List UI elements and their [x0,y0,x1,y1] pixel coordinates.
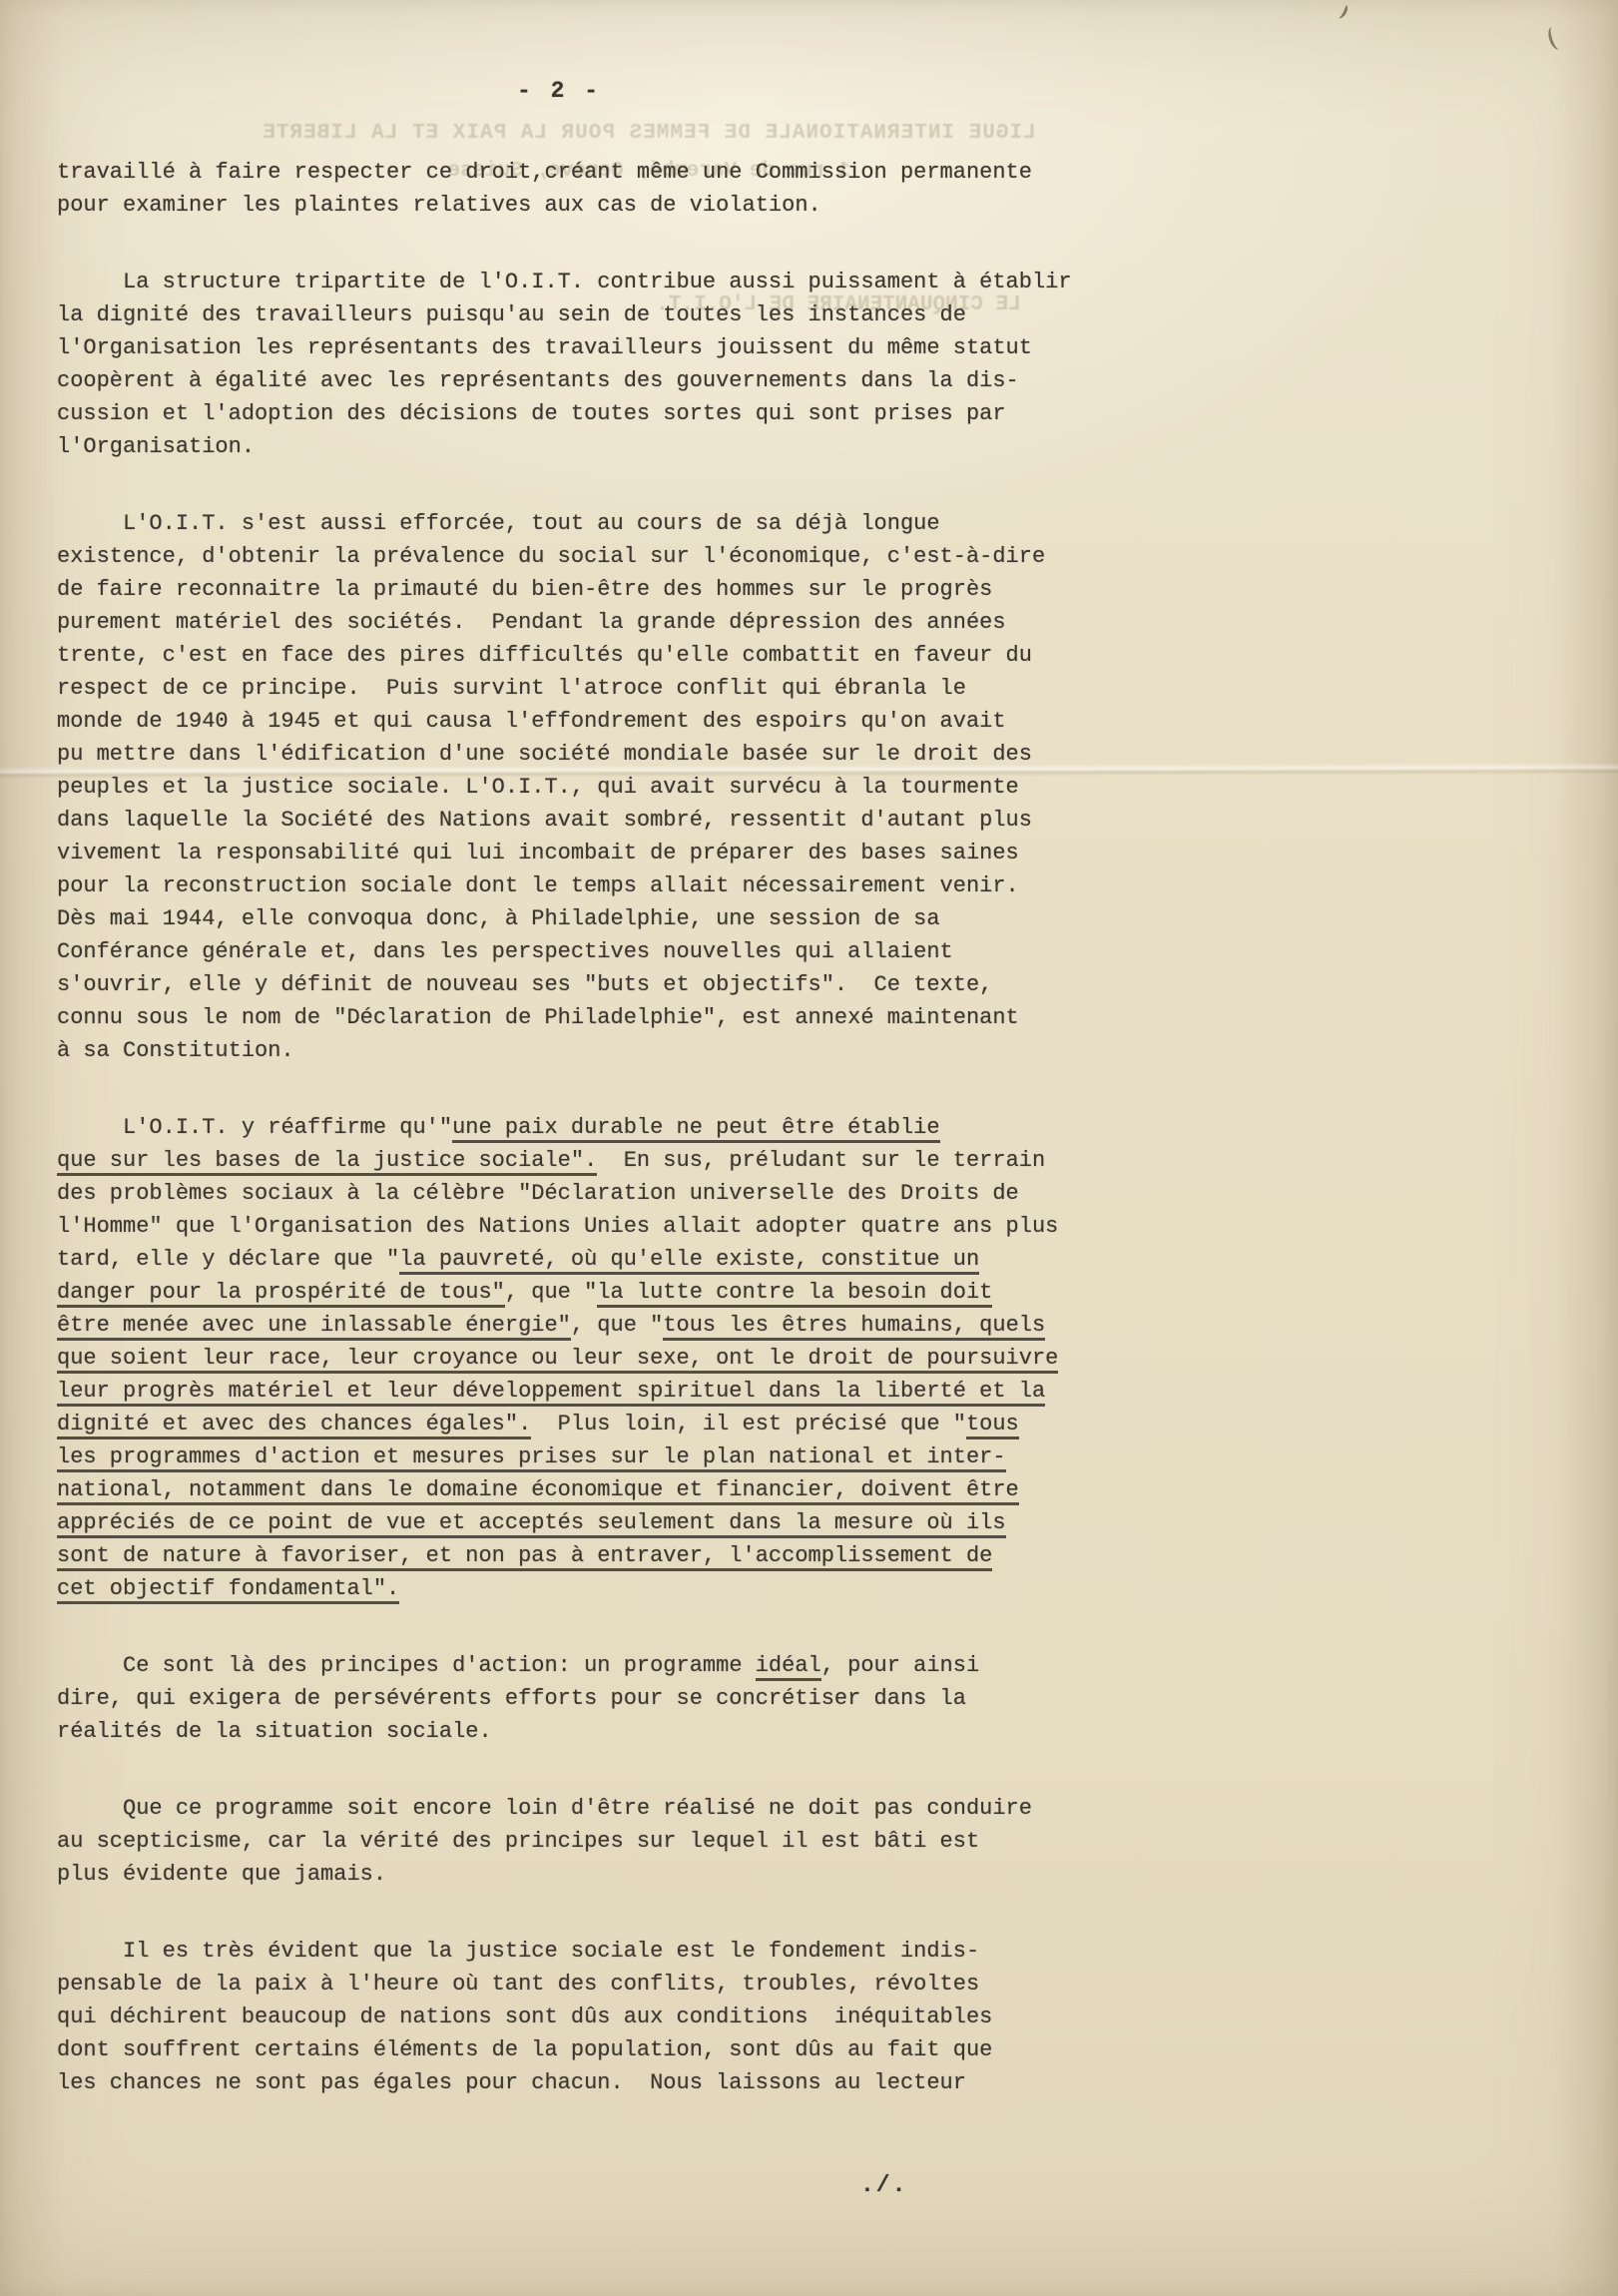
underlined-text-segment: une paix durable ne peut être établie [452,1115,939,1143]
underlined-text-segment: national, notamment dans le domaine écon… [57,1477,1019,1505]
text-line: l'Organisation les représentants des tra… [57,331,1145,364]
text-line: être menée avec une inlassable énergie",… [57,1309,1145,1342]
text-segment: coopèrent à égalité avec les représentan… [57,368,1019,393]
text-segment: les chances ne sont pas égales pour chac… [57,2070,966,2095]
underlined-text-segment: la pauvreté, où qu'elle existe, constitu… [399,1247,979,1275]
underlined-text-segment: appréciés de ce point de vue et acceptés… [57,1510,1006,1538]
bleedthrough-line: LIGUE INTERNATIONALE DE FEMMES POUR LA P… [150,122,1148,145]
text-segment: L'O.I.T. s'est aussi efforcée, tout au c… [57,511,940,536]
text-line: de faire reconnaitre la primauté du bien… [57,573,1145,606]
text-line: Dès mai 1944, elle convoqua donc, à Phil… [57,902,1145,935]
text-line: pour la reconstruction sociale dont le t… [57,869,1145,902]
page-number: - 2 - [60,78,1058,104]
underlined-text-segment: danger pour la prospérité de tous" [57,1280,505,1308]
text-line: tard, elle y déclare que "la pauvreté, o… [57,1243,1145,1276]
text-line: la dignité des travailleurs puisqu'au se… [57,298,1145,331]
text-line: travaillé à faire respecter ce droit,cré… [57,156,1145,189]
text-line: à sa Constitution. [57,1034,1145,1067]
text-line: peuples et la justice sociale. L'O.I.T.,… [57,771,1145,804]
text-line: pour examiner les plaintes relatives aux… [57,189,1145,222]
text-segment: respect de ce principe. Puis survint l'a… [57,676,966,701]
continuation-mark: ./. [860,2172,907,2198]
text-segment: vivement la responsabilité qui lui incom… [57,841,1019,865]
text-line: cussion et l'adoption des décisions de t… [57,397,1145,430]
text-segment: purement matériel des sociétés. Pendant … [57,610,1006,635]
text-line: Conférance générale et, dans les perspec… [57,935,1145,968]
text-segment: Ce sont là des principes d'action: un pr… [57,1653,756,1678]
underlined-text-segment: que soient leur race, leur croyance ou l… [57,1346,1058,1374]
text-line: les chances ne sont pas égales pour chac… [57,2066,1145,2099]
text-line: national, notamment dans le domaine écon… [57,1473,1145,1506]
text-line: dans laquelle la Société des Nations ava… [57,804,1145,837]
ink-mark [1335,3,1348,20]
text-line: des problèmes sociaux à la célèbre "Décl… [57,1177,1145,1210]
text-segment: Conférance générale et, dans les perspec… [57,939,953,964]
text-segment: pour la reconstruction sociale dont le t… [57,873,1019,898]
text-line: les programmes d'action et mesures prise… [57,1440,1145,1473]
document-body: travaillé à faire respecter ce droit,cré… [57,156,1145,2099]
text-line: trente, c'est en face des pires difficul… [57,639,1145,672]
text-segment: l'Organisation. [57,434,255,459]
text-segment: Il es très évident que la justice social… [57,1939,979,1964]
text-line: plus évidente que jamais. [57,1858,1145,1891]
underlined-text-segment: être menée avec une inlassable énergie" [57,1313,571,1341]
text-line: purement matériel des sociétés. Pendant … [57,606,1145,639]
text-segment: La structure tripartite de l'O.I.T. cont… [57,270,1072,294]
text-line: pensable de la paix à l'heure où tant de… [57,1968,1145,2001]
text-line: appréciés de ce point de vue et acceptés… [57,1506,1145,1539]
text-segment: dont souffrent certains éléments de la p… [57,2037,992,2062]
underlined-text-segment: cet objectif fondamental". [57,1576,399,1604]
text-segment: au scepticisme, car la vérité des princi… [57,1829,979,1854]
text-line: dont souffrent certains éléments de la p… [57,2033,1145,2066]
text-segment: à sa Constitution. [57,1038,294,1063]
text-line: Que ce programme soit encore loin d'être… [57,1792,1145,1825]
text-line: La structure tripartite de l'O.I.T. cont… [57,266,1145,298]
text-segment: dire, qui exigera de persévérents effort… [57,1686,966,1711]
underlined-text-segment: les programmes d'action et mesures prise… [57,1444,1006,1472]
text-line: qui déchirent beaucoup de nations sont d… [57,2001,1145,2033]
text-segment: pensable de la paix à l'heure où tant de… [57,1972,979,1997]
underlined-text-segment: dignité et avec des chances égales". [57,1412,531,1439]
text-segment: , que " [571,1313,663,1338]
text-line: l'Homme" que l'Organisation des Nations … [57,1210,1145,1243]
ink-mark [1546,25,1566,52]
text-line: sont de nature à favoriser, et non pas à… [57,1539,1145,1572]
underlined-text-segment: que sur les bases de la justice sociale"… [57,1148,597,1176]
underlined-text-segment: leur progrès matériel et leur développem… [57,1379,1045,1407]
text-segment: cussion et l'adoption des décisions de t… [57,401,1006,426]
text-line: danger pour la prospérité de tous", que … [57,1276,1145,1309]
text-segment: L'O.I.T. y réaffirme qu'" [57,1115,452,1140]
text-segment: la dignité des travailleurs puisqu'au se… [57,302,966,327]
text-segment: pour examiner les plaintes relatives aux… [57,193,821,218]
text-segment: Dès mai 1944, elle convoqua donc, à Phil… [57,906,940,931]
text-line: connu sous le nom de "Déclaration de Phi… [57,1001,1145,1034]
text-line: Ce sont là des principes d'action: un pr… [57,1649,1145,1682]
text-line: L'O.I.T. y réaffirme qu'"une paix durabl… [57,1111,1145,1144]
paragraph: Que ce programme soit encore loin d'être… [57,1792,1145,1891]
text-segment: l'Homme" que l'Organisation des Nations … [57,1214,1058,1239]
text-line: L'O.I.T. s'est aussi efforcée, tout au c… [57,507,1145,540]
text-segment: de faire reconnaitre la primauté du bien… [57,577,992,602]
underlined-text-segment: tous les êtres humains, quels [663,1313,1045,1341]
text-line: l'Organisation. [57,430,1145,463]
text-segment: travaillé à faire respecter ce droit,cré… [57,160,1032,185]
text-line: s'ouvrir, elle y définit de nouveau ses … [57,968,1145,1001]
underlined-text-segment: idéal [756,1653,821,1681]
paragraph: L'O.I.T. s'est aussi efforcée, tout au c… [57,507,1145,1067]
text-segment: des problèmes sociaux à la célèbre "Décl… [57,1181,1019,1206]
text-line: leur progrès matériel et leur développem… [57,1375,1145,1408]
scanned-typewritten-page: { "page": { "number": "- 2 -", "continua… [0,0,1618,2296]
text-line: réalités de la situation sociale. [57,1715,1145,1748]
text-segment: s'ouvrir, elle y définit de nouveau ses … [57,972,992,997]
text-line: dire, qui exigera de persévérents effort… [57,1682,1145,1715]
text-segment: qui déchirent beaucoup de nations sont d… [57,2005,992,2029]
underlined-text-segment: la lutte contre la besoin doit [597,1280,992,1308]
text-segment: peuples et la justice sociale. L'O.I.T.,… [57,775,1019,800]
text-segment: Que ce programme soit encore loin d'être… [57,1796,1032,1821]
text-segment: En sus, préludant sur le terrain [597,1148,1045,1173]
text-segment: dans laquelle la Société des Nations ava… [57,808,1032,833]
paragraph: travaillé à faire respecter ce droit,cré… [57,156,1145,222]
text-line: vivement la responsabilité qui lui incom… [57,837,1145,869]
text-line: que soient leur race, leur croyance ou l… [57,1342,1145,1375]
underlined-text-segment: tous [966,1412,1019,1439]
text-line: existence, d'obtenir la prévalence du so… [57,540,1145,573]
text-line: pu mettre dans l'édification d'une socié… [57,738,1145,771]
text-segment: existence, d'obtenir la prévalence du so… [57,544,1045,569]
text-line: que sur les bases de la justice sociale"… [57,1144,1145,1177]
text-line: respect de ce principe. Puis survint l'a… [57,672,1145,705]
text-segment: plus évidente que jamais. [57,1862,386,1887]
text-segment: tard, elle y déclare que " [57,1247,399,1272]
text-segment: monde de 1940 à 1945 et qui causa l'effo… [57,709,1006,734]
text-line: au scepticisme, car la vérité des princi… [57,1825,1145,1858]
text-line: coopèrent à égalité avec les représentan… [57,364,1145,397]
text-segment: , que " [505,1280,597,1305]
paragraph: Il es très évident que la justice social… [57,1935,1145,2099]
underlined-text-segment: sont de nature à favoriser, et non pas à… [57,1543,992,1571]
paragraph: Ce sont là des principes d'action: un pr… [57,1649,1145,1748]
text-segment: Plus loin, il est précisé que " [531,1412,966,1436]
text-line: Il es très évident que la justice social… [57,1935,1145,1968]
text-segment: réalités de la situation sociale. [57,1719,492,1744]
text-line: monde de 1940 à 1945 et qui causa l'effo… [57,705,1145,738]
text-segment: l'Organisation les représentants des tra… [57,335,1032,360]
paragraph: L'O.I.T. y réaffirme qu'"une paix durabl… [57,1111,1145,1605]
paragraph: La structure tripartite de l'O.I.T. cont… [57,266,1145,463]
text-segment: pu mettre dans l'édification d'une socié… [57,742,1032,767]
text-line: cet objectif fondamental". [57,1572,1145,1605]
text-segment: connu sous le nom de "Déclaration de Phi… [57,1005,1019,1030]
text-segment: trente, c'est en face des pires difficul… [57,643,1032,668]
text-segment: , pour ainsi [821,1653,979,1678]
text-line: dignité et avec des chances égales". Plu… [57,1408,1145,1440]
